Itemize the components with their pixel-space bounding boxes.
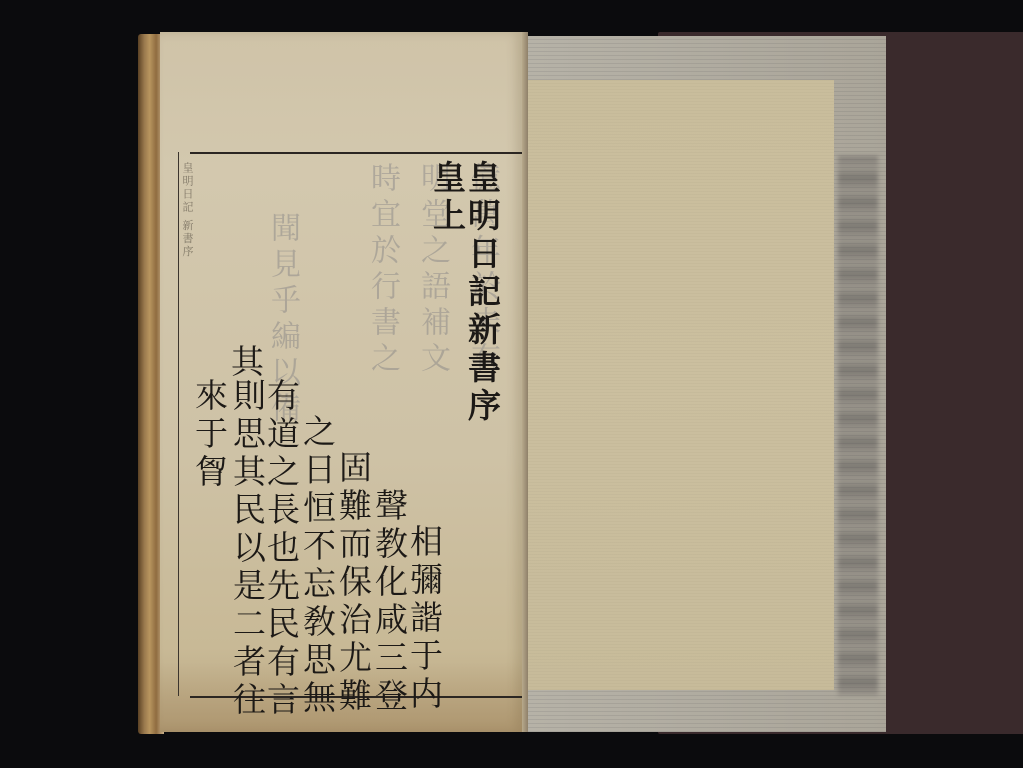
open-book: 億萬年於未有 明堂之語補文 時宜於行書之 聞見乎編以備 皇明日記 新書序 皇明日… xyxy=(138,30,890,736)
text-column: 相彌諧于内 xyxy=(405,524,443,714)
blank-endpaper xyxy=(528,80,834,690)
text-column: 則思其民以是二者往來于胷 xyxy=(190,378,266,732)
text-column: 其 xyxy=(226,344,264,382)
text-column: 皇上 xyxy=(428,160,466,236)
bleed-stain xyxy=(838,156,878,696)
left-page: 億萬年於未有 明堂之語補文 時宜於行書之 聞見乎編以備 皇明日記 新書序 皇明日… xyxy=(160,32,522,732)
right-page xyxy=(528,36,886,732)
text-column: 聲教化咸三登 xyxy=(370,488,408,716)
text-column: 有道之長也先民有言 xyxy=(262,378,300,720)
title-column: 皇明日記新書序 xyxy=(463,160,501,426)
text-column: 之日恒不忘敎思無 xyxy=(298,414,336,718)
text-column: 固難而保治尤難 xyxy=(334,450,372,716)
